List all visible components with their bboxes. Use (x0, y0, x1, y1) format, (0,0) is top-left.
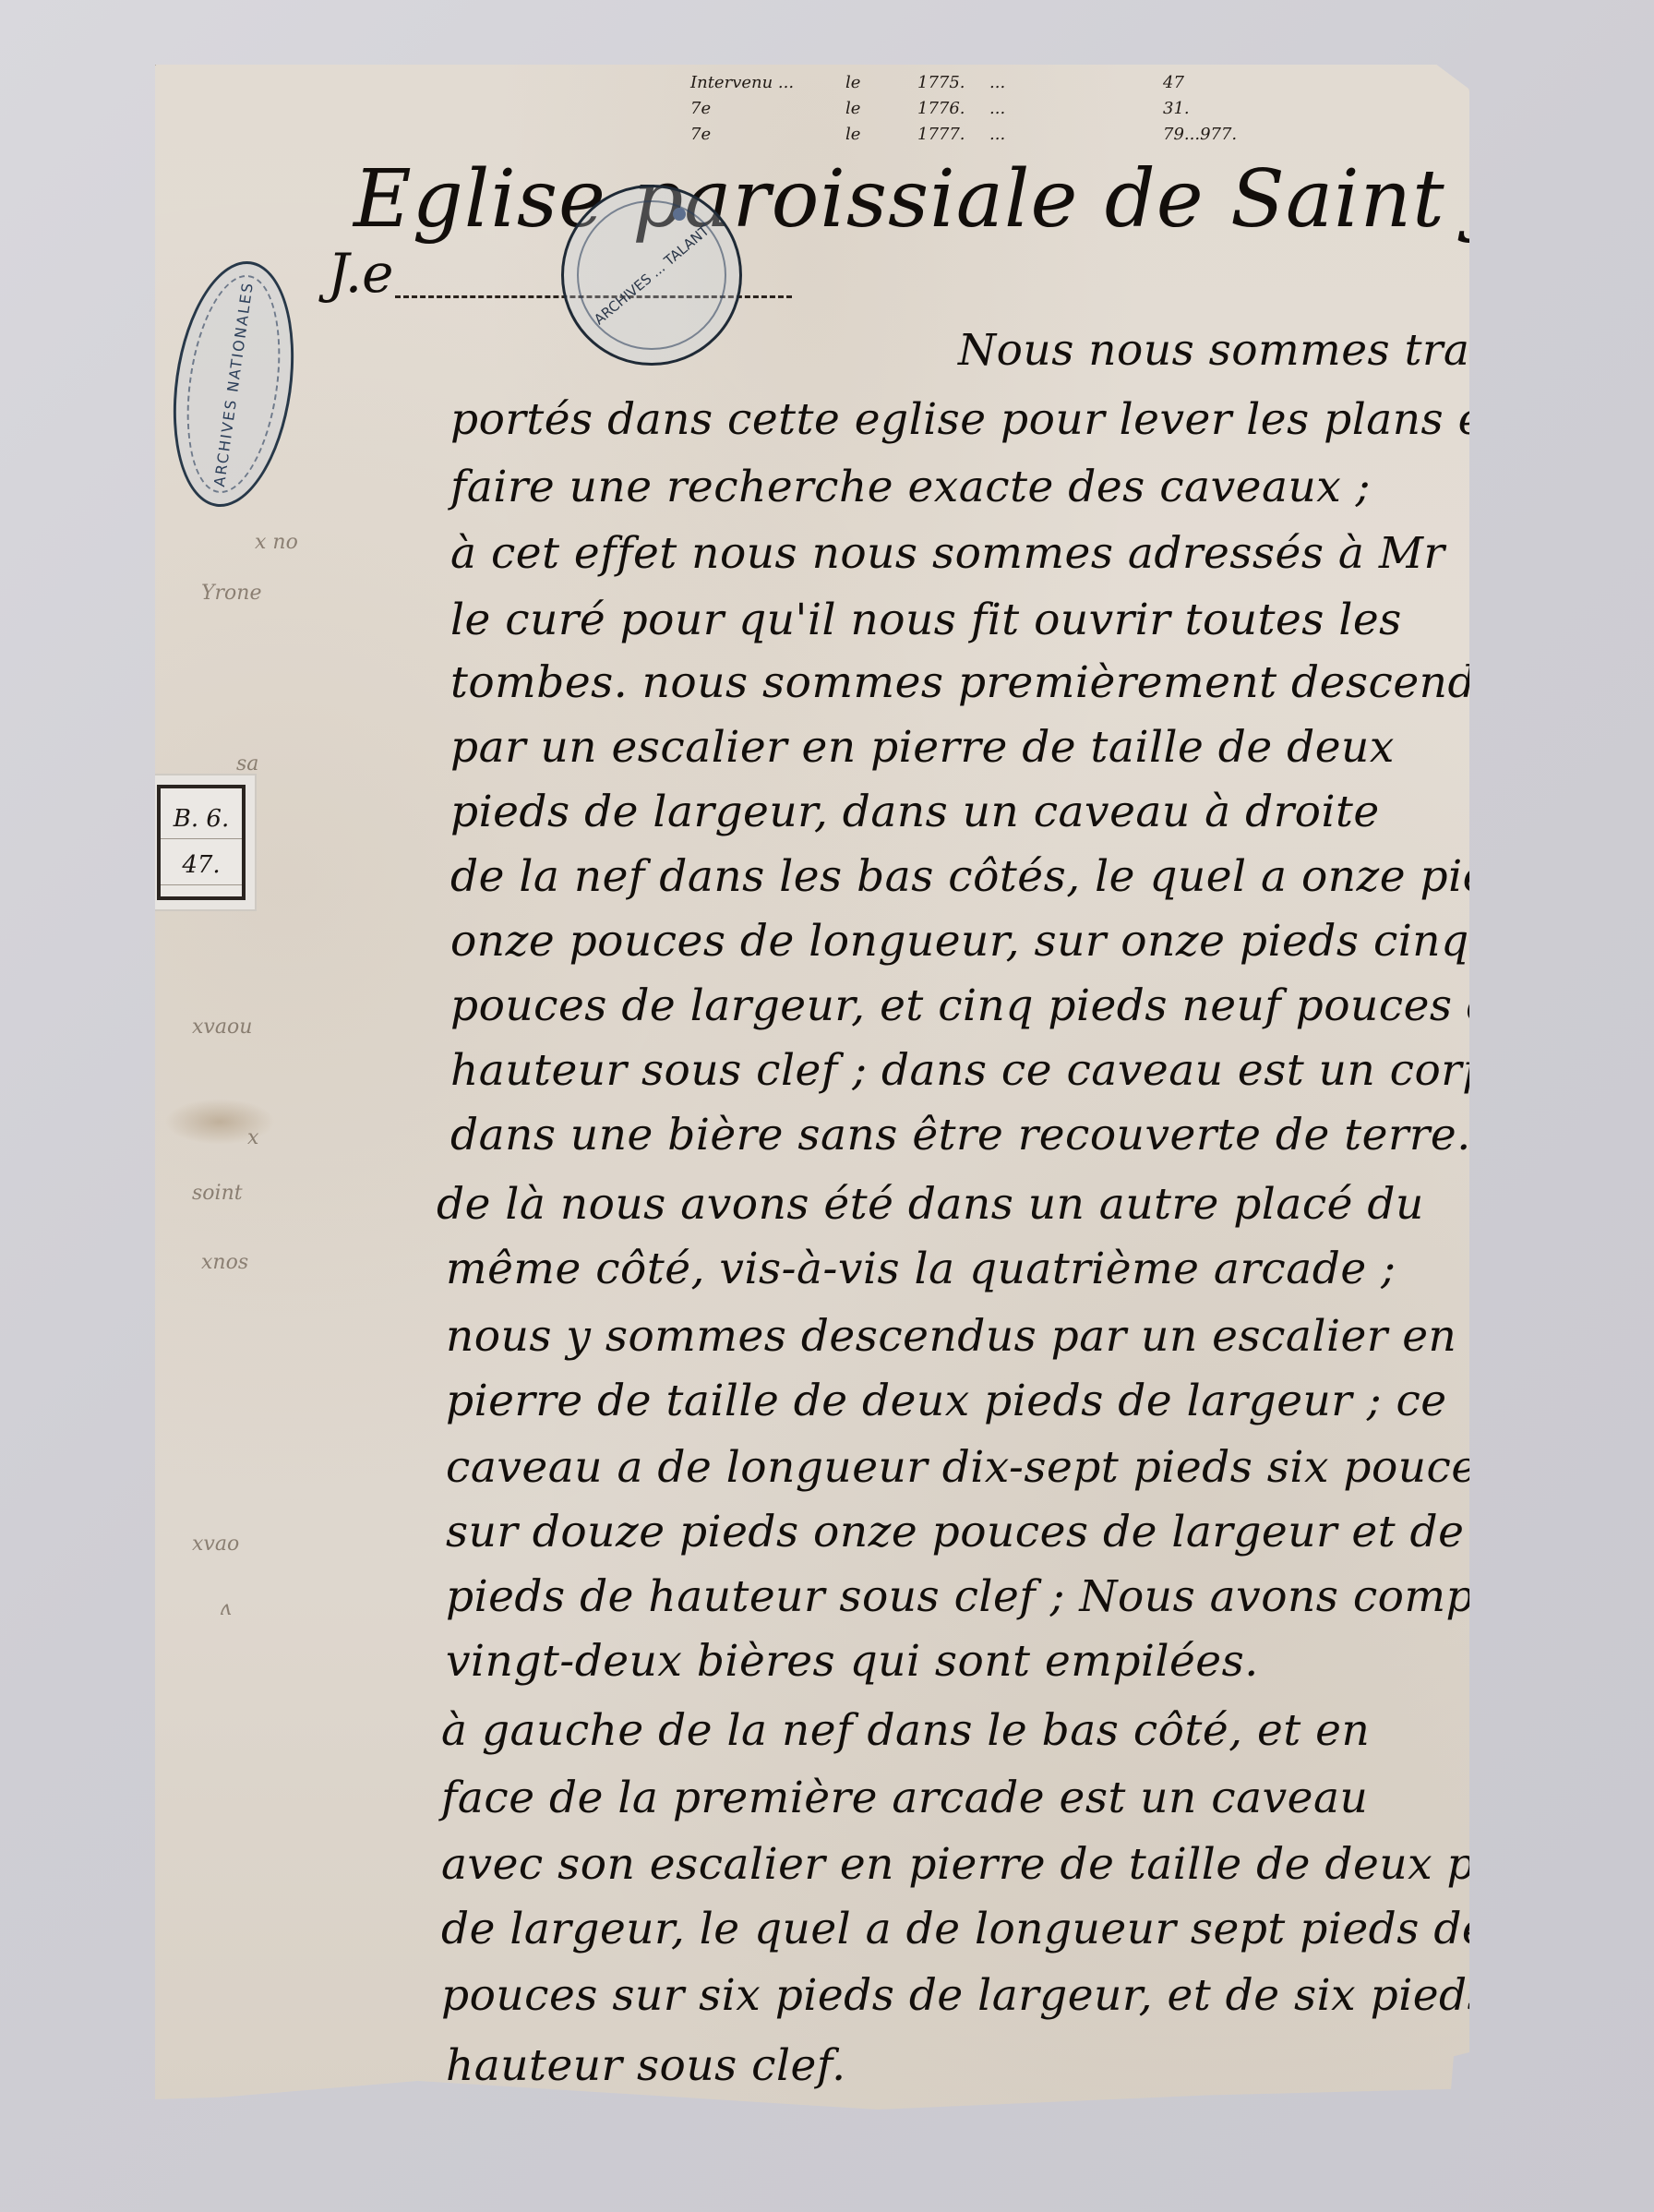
header-note-text: ... (989, 70, 1146, 96)
header-notes: Intervenu ... le 1775. ... 47 7e le 1776… (690, 70, 1484, 148)
ink-blot (673, 208, 686, 221)
catalog-label: B. 6. 47. (148, 775, 255, 909)
body-line: à gauche de la nef dans le bas côté, et … (441, 1703, 1370, 1759)
label-line-2: 47. (161, 851, 242, 885)
body-line: pierre de taille de deux pieds de largeu… (446, 1374, 1447, 1429)
body-line: dans une bière sans être recouverte de t… (450, 1108, 1471, 1163)
header-note-row: Intervenu ... le 1775. ... 47 (690, 70, 1484, 96)
manuscript-page: Intervenu ... le 1775. ... 47 7e le 1776… (155, 65, 1469, 2110)
margin-note: xvaou (192, 1016, 252, 1039)
body-line: tombes. nous sommes premièrement descend… (450, 655, 1527, 711)
header-note-text: le (845, 70, 901, 96)
header-note-year: 1776. (917, 96, 973, 122)
body-line: caveau a de longueur dix-sept pieds six … (446, 1440, 1500, 1496)
header-note-text: 7e (690, 96, 829, 122)
header-note-year: 1777. (917, 122, 973, 148)
header-note-text: le (845, 122, 901, 148)
margin-note: soint (192, 1182, 243, 1205)
body-line: pieds de hauteur sous clef ; Nous avons … (446, 1569, 1518, 1625)
body-line: onze pouces de longueur, sur onze pieds … (450, 914, 1469, 969)
body-line: faire une recherche exacte des caveaux ; (450, 460, 1371, 515)
header-note-text: ... (989, 96, 1146, 122)
margin-note: sa (236, 752, 258, 775)
header-note-row: 7e le 1777. ... 79...977. (690, 122, 1484, 148)
header-note-number: 47 (1163, 70, 1184, 96)
folio-mark: J.e (328, 242, 394, 305)
body-line: pouces sur six pieds de largeur, et de s… (441, 1968, 1559, 2024)
header-note-row: 7e le 1776. ... 31. (690, 96, 1484, 122)
label-line-1: B. 6. (161, 805, 242, 839)
body-line: de là nous avons été dans un autre placé… (437, 1177, 1424, 1232)
body-line: portés dans cette eglise pour lever les … (450, 392, 1502, 448)
header-note-text: le (845, 96, 901, 122)
body-line: nous y sommes descendus par un escalier … (446, 1309, 1456, 1364)
round-archive-stamp: ARCHIVES ... TALANT (561, 185, 742, 366)
header-note-text: 7e (690, 122, 829, 148)
body-line: face de la première arcade est un caveau (441, 1771, 1368, 1826)
body-line: Nous nous sommes trans- (958, 323, 1536, 379)
margin-note: xnos (201, 1251, 248, 1274)
body-line: avec son escalier en pierre de taille de… (441, 1837, 1566, 1893)
body-line: à cet effet nous nous sommes adressés à … (450, 526, 1444, 582)
margin-note: ʌ (220, 1597, 231, 1620)
margin-note: x no (255, 531, 298, 554)
header-note-text: Intervenu ... (690, 70, 829, 96)
body-line: pieds de largeur, dans un caveau à droit… (450, 785, 1380, 840)
paper-stain (164, 1099, 275, 1145)
header-note-number: 31. (1163, 96, 1190, 122)
body-line: vingt-deux bières qui sont empilées. (446, 1634, 1259, 1689)
margin-note: Yrone (201, 582, 261, 605)
body-line: pouces de largeur, et cinq pieds neuf po… (450, 979, 1521, 1034)
header-note-number: 79...977. (1163, 122, 1237, 148)
body-line: par un escalier en pierre de taille de d… (450, 720, 1395, 775)
body-line: sur douze pieds onze pouces de largeur e… (446, 1505, 1588, 1560)
body-line: de largeur, le quel a de longueur sept p… (441, 1902, 1541, 1957)
header-note-text: ... (989, 122, 1146, 148)
body-line: le curé pour qu'il nous fit ouvrir toute… (450, 593, 1402, 648)
body-line: hauteur sous clef. (446, 2038, 846, 2094)
margin-note: xvao (192, 1533, 239, 1556)
body-line: hauteur sous clef ; dans ce caveau est u… (450, 1043, 1513, 1099)
page-title: Eglise paroissiale de Saint Just. (354, 153, 1654, 246)
body-line: de la nef dans les bas côtés, le quel a … (450, 849, 1540, 905)
label-frame: B. 6. 47. (157, 785, 246, 900)
oval-archive-stamp: ARCHIVES NATIONALES (159, 254, 308, 515)
body-line: même côté, vis-à-vis la quatrième arcade… (446, 1242, 1396, 1297)
header-note-year: 1775. (917, 70, 973, 96)
